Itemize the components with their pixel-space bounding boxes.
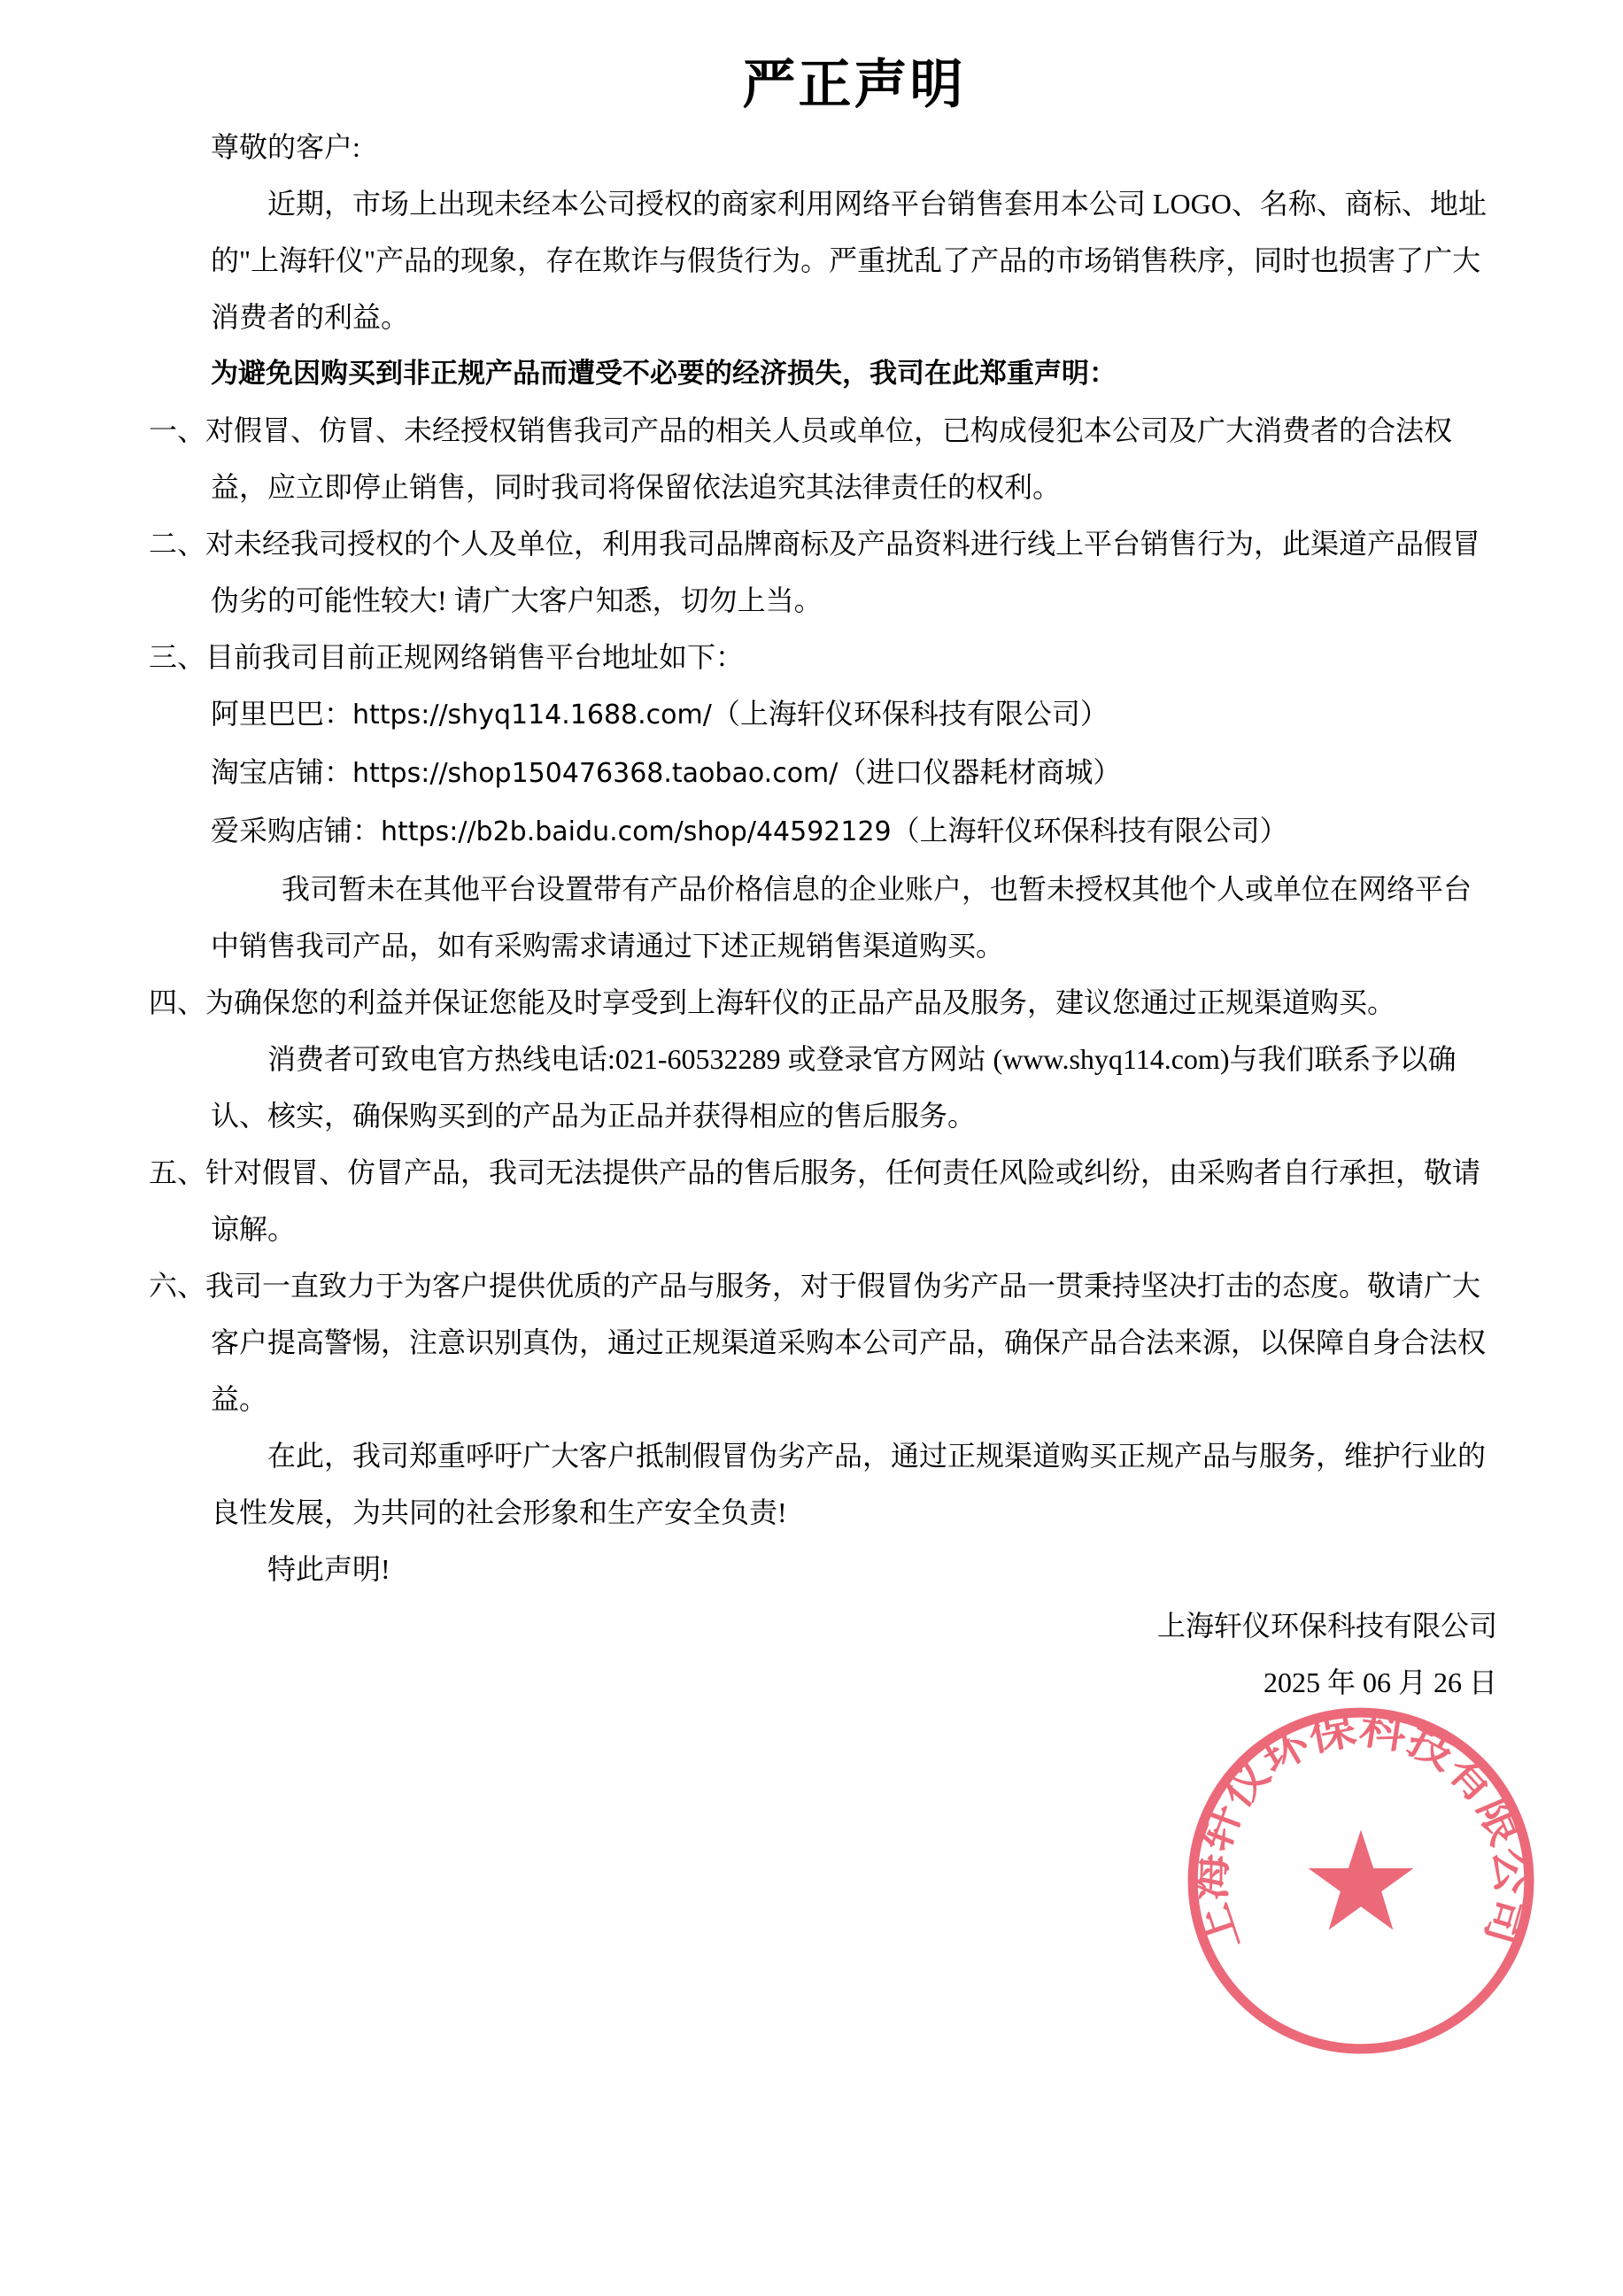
platform-row-aicaigou: 爱采购店铺：https://b2b.baidu.com/shop/4459212…	[211, 802, 1497, 861]
platform-url: https://shop150476368.taobao.com/	[352, 758, 838, 789]
platform-url: https://shyq114.1688.com/	[352, 700, 712, 731]
statement-item-3: 三、目前我司目前正规网络销售平台地址如下：	[211, 629, 1497, 685]
declaration-heading: 为避免因购买到非正规产品而遭受不必要的经济损失，我司在此郑重声明：	[211, 345, 1497, 402]
statement-item-2: 二、对未经我司授权的个人及单位，利用我司品牌商标及产品资料进行线上平台销售行为，…	[211, 515, 1497, 629]
item-number: 四、	[149, 986, 205, 1018]
statement-item-1: 一、对假冒、仿冒、未经授权销售我司产品的相关人员或单位，已构成侵犯本公司及广大消…	[211, 402, 1497, 515]
item-text: 对未经我司授权的个人及单位，利用我司品牌商标及产品资料进行线上平台销售行为，此渠…	[205, 528, 1480, 616]
platform-row-alibaba: 阿里巴巴：https://shyq114.1688.com/（上海轩仪环保科技有…	[211, 685, 1497, 744]
intro-paragraph: 近期，市场上出现未经本公司授权的商家利用网络平台销售套用本公司 LOGO、名称、…	[211, 175, 1497, 345]
item-number: 三、	[149, 641, 205, 673]
item-text: 为确保您的利益并保证您能及时享受到上海轩仪的正品产品及服务，建议您通过正规渠道购…	[205, 986, 1395, 1018]
item-number: 五、	[149, 1156, 205, 1188]
salutation: 尊敬的客户:	[211, 119, 1497, 175]
statement-item-5: 五、针对假冒、仿冒产品，我司无法提供产品的售后服务，任何责任风险或纠纷，由采购者…	[211, 1144, 1497, 1257]
star-icon	[1308, 1829, 1413, 1929]
platform-note: （上海轩仪环保科技有限公司）	[892, 815, 1288, 847]
statement-item-4: 四、为确保您的利益并保证您能及时享受到上海轩仪的正品产品及服务，建议您通过正规渠…	[211, 974, 1497, 1031]
signature-company: 上海轩仪环保科技有限公司	[211, 1597, 1497, 1654]
platform-label: 淘宝店铺：	[211, 756, 352, 788]
item-text: 针对假冒、仿冒产品，我司无法提供产品的售后服务，任何责任风险或纠纷，由采购者自行…	[205, 1156, 1480, 1245]
statement-line: 特此声明!	[211, 1541, 1497, 1597]
item-text: 对假冒、仿冒、未经授权销售我司产品的相关人员或单位，已构成侵犯本公司及广大消费者…	[205, 414, 1452, 503]
item-number: 一、	[149, 414, 205, 446]
item-3-addendum: 我司暂未在其他平台设置带有产品价格信息的企业账户，也暂未授权其他个人或单位在网络…	[211, 861, 1497, 974]
document-content: 严正声明 尊敬的客户: 近期，市场上出现未经本公司授权的商家利用网络平台销售套用…	[211, 51, 1497, 1711]
statement-item-6: 六、我司一直致力于为客户提供优质的产品与服务，对于假冒伪劣产品一贯秉持坚决打击的…	[211, 1257, 1497, 1427]
platform-note: （上海轩仪环保科技有限公司）	[712, 698, 1109, 730]
platform-row-taobao: 淘宝店铺：https://shop150476368.taobao.com/（进…	[211, 744, 1497, 802]
signature-date: 2025 年 06 月 26 日	[211, 1654, 1497, 1711]
item-4-addendum: 消费者可致电官方热线电话:021-60532289 或登录官方网站 (www.s…	[211, 1031, 1497, 1144]
item-number: 二、	[149, 528, 205, 560]
platform-label: 阿里巴巴：	[211, 698, 352, 730]
item-number: 六、	[149, 1270, 205, 1302]
closing-paragraph: 在此，我司郑重呼吁广大客户抵制假冒伪劣产品，通过正规渠道购买正规产品与服务，维护…	[211, 1427, 1497, 1541]
document-page: 严正声明 尊敬的客户: 近期，市场上出现未经本公司授权的商家利用网络平台销售套用…	[0, 0, 1623, 2296]
document-title: 严正声明	[211, 51, 1497, 119]
item-text: 我司一直致力于为客户提供优质的产品与服务，对于假冒伪劣产品一贯秉持坚决打击的态度…	[205, 1270, 1486, 1415]
platform-note: （进口仪器耗材商城）	[838, 756, 1121, 788]
platform-url: https://b2b.baidu.com/shop/44592129	[381, 816, 892, 847]
company-seal-stamp: 上海轩仪环保科技有限公司	[1182, 1702, 1540, 2060]
item-text: 目前我司目前正规网络销售平台地址如下：	[205, 641, 744, 673]
platform-label: 爱采购店铺：	[211, 815, 381, 847]
